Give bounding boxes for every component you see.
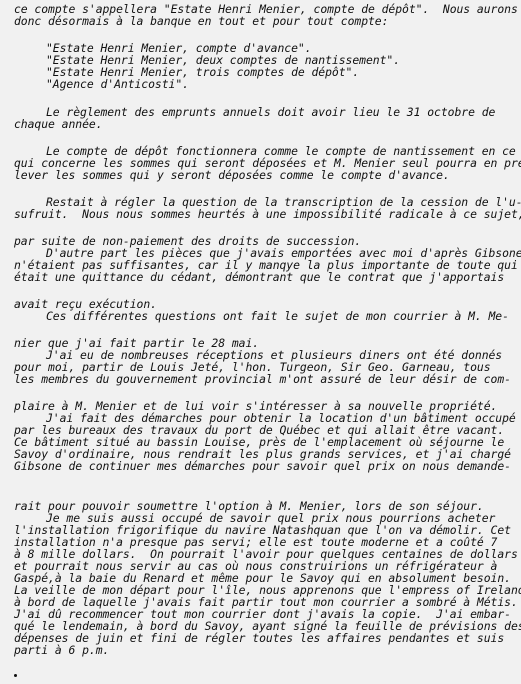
text-line: parti à 6 p.m. bbox=[14, 644, 109, 657]
typewritten-page: ce compte s'appellera "Estate Henri Meni… bbox=[0, 0, 521, 684]
text-line: Ces différentes questions ont fait le su… bbox=[46, 310, 509, 323]
typewriter-mark bbox=[14, 674, 17, 677]
text-line: sufruit. Nous nous sommes heurtés à une … bbox=[14, 208, 521, 221]
text-line: "Agence d'Anticosti". bbox=[46, 78, 189, 91]
text-line: lever les sommes qui y seront déposées c… bbox=[14, 169, 450, 182]
text-line: Le règlement des emprunts annuels doit a… bbox=[46, 106, 495, 119]
text-line: Gibsone de continuer mes démarches pour … bbox=[14, 460, 511, 473]
text-line: donc désormais à la banque en tout et po… bbox=[14, 15, 388, 28]
text-line: chaque année. bbox=[14, 118, 103, 131]
text-line: les membres du gouvernement provincial m… bbox=[14, 373, 511, 386]
text-line: était une quittance du cédant, démontran… bbox=[14, 271, 504, 284]
